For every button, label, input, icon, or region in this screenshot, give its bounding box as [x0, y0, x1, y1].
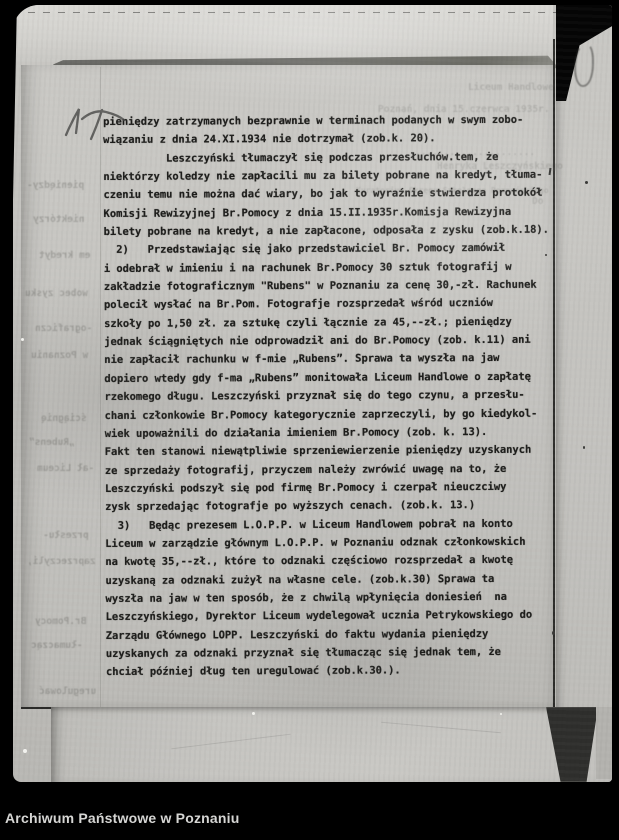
paper-corner-patch [596, 707, 612, 779]
film-edge-dashes [13, 12, 612, 13]
ghost-bleedthrough-text: przesłu- [43, 530, 89, 541]
speck [252, 712, 255, 715]
ghost-bleedthrough-text: -ograficzn [35, 323, 92, 334]
ghost-bleedthrough-text: -ał Liceum [37, 463, 94, 474]
underlying-page-bottom [51, 707, 612, 782]
speck [500, 713, 502, 715]
archival-scan-viewer: { "scan": { "handwritten_mark": "17", "p… [0, 0, 619, 840]
archive-watermark-label: Archiwum Państwowe w Poznaniu [5, 810, 240, 826]
ghost-bleedthrough-text: Liceum Handlowe [468, 82, 554, 93]
document-scan-photo: pieniędzy- niektórzy em kredyt wobec zys… [13, 5, 612, 782]
speck [583, 446, 585, 449]
page-crease [100, 67, 101, 707]
handwritten-page-number [62, 103, 128, 147]
ghost-bleedthrough-text: niektórzy [33, 214, 84, 225]
handwriting-stroke [91, 110, 102, 139]
handwriting-stroke [66, 109, 79, 135]
ghost-bleedthrough-text: pieniędzy- [27, 180, 84, 191]
corner-shadow-wedge [546, 707, 598, 782]
paper-crease [381, 722, 501, 733]
speck [552, 631, 555, 635]
paper-fold-mark [574, 43, 594, 87]
ghost-bleedthrough-text: w Poznaniu [31, 350, 88, 361]
handwriting-stroke [82, 111, 124, 120]
speck [23, 749, 27, 753]
ghost-bleedthrough-text: em kredyt [39, 250, 90, 261]
ghost-bleedthrough-text: uregulować [39, 686, 96, 697]
adjacent-page-strip [556, 5, 612, 782]
speck [585, 181, 588, 184]
ghost-bleedthrough-text: zaprzeczyli, [27, 556, 96, 567]
paper-crease [171, 734, 290, 750]
speck [21, 338, 24, 341]
page-top-margin [13, 5, 553, 62]
ghost-bleedthrough-text: Br.Pomocy [35, 616, 86, 627]
speck [545, 254, 547, 256]
ghost-bleedthrough-text: „Rubens” [29, 437, 75, 448]
ghost-bleedthrough-text: -łumacząc [31, 640, 82, 651]
typewritten-text: pieniędzy zatrzymanych bezprawnie w term… [103, 111, 551, 682]
ghost-bleedthrough-text: ściągnię [41, 413, 87, 424]
ghost-bleedthrough-text: wobec zysku [25, 288, 88, 299]
